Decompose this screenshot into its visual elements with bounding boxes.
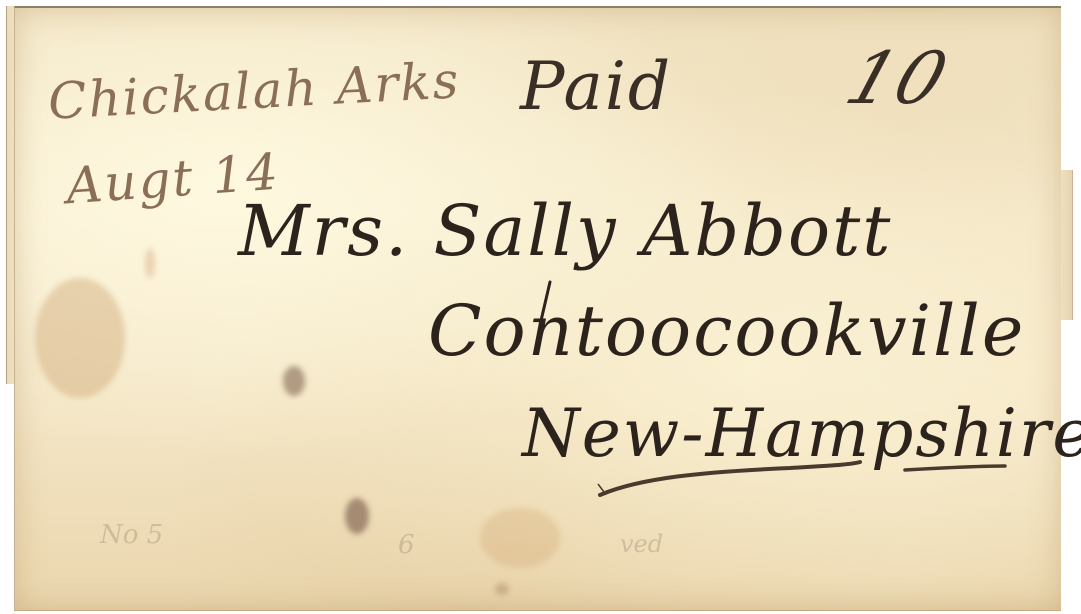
faint-note: 6 xyxy=(398,530,415,560)
stain xyxy=(345,498,369,534)
stain xyxy=(283,366,305,396)
paid-marking: Paid xyxy=(520,48,672,125)
faint-note: No 5 xyxy=(100,520,163,550)
recipient-town: Contoocookville xyxy=(428,290,1025,372)
stain xyxy=(495,583,509,595)
stain xyxy=(35,278,125,398)
recipient-name: Mrs. Sally Abbott xyxy=(238,190,892,272)
recipient-state: New-Hampshire xyxy=(522,395,1081,472)
stain xyxy=(145,248,155,278)
faint-note: ved xyxy=(620,530,663,558)
stain xyxy=(480,508,560,568)
